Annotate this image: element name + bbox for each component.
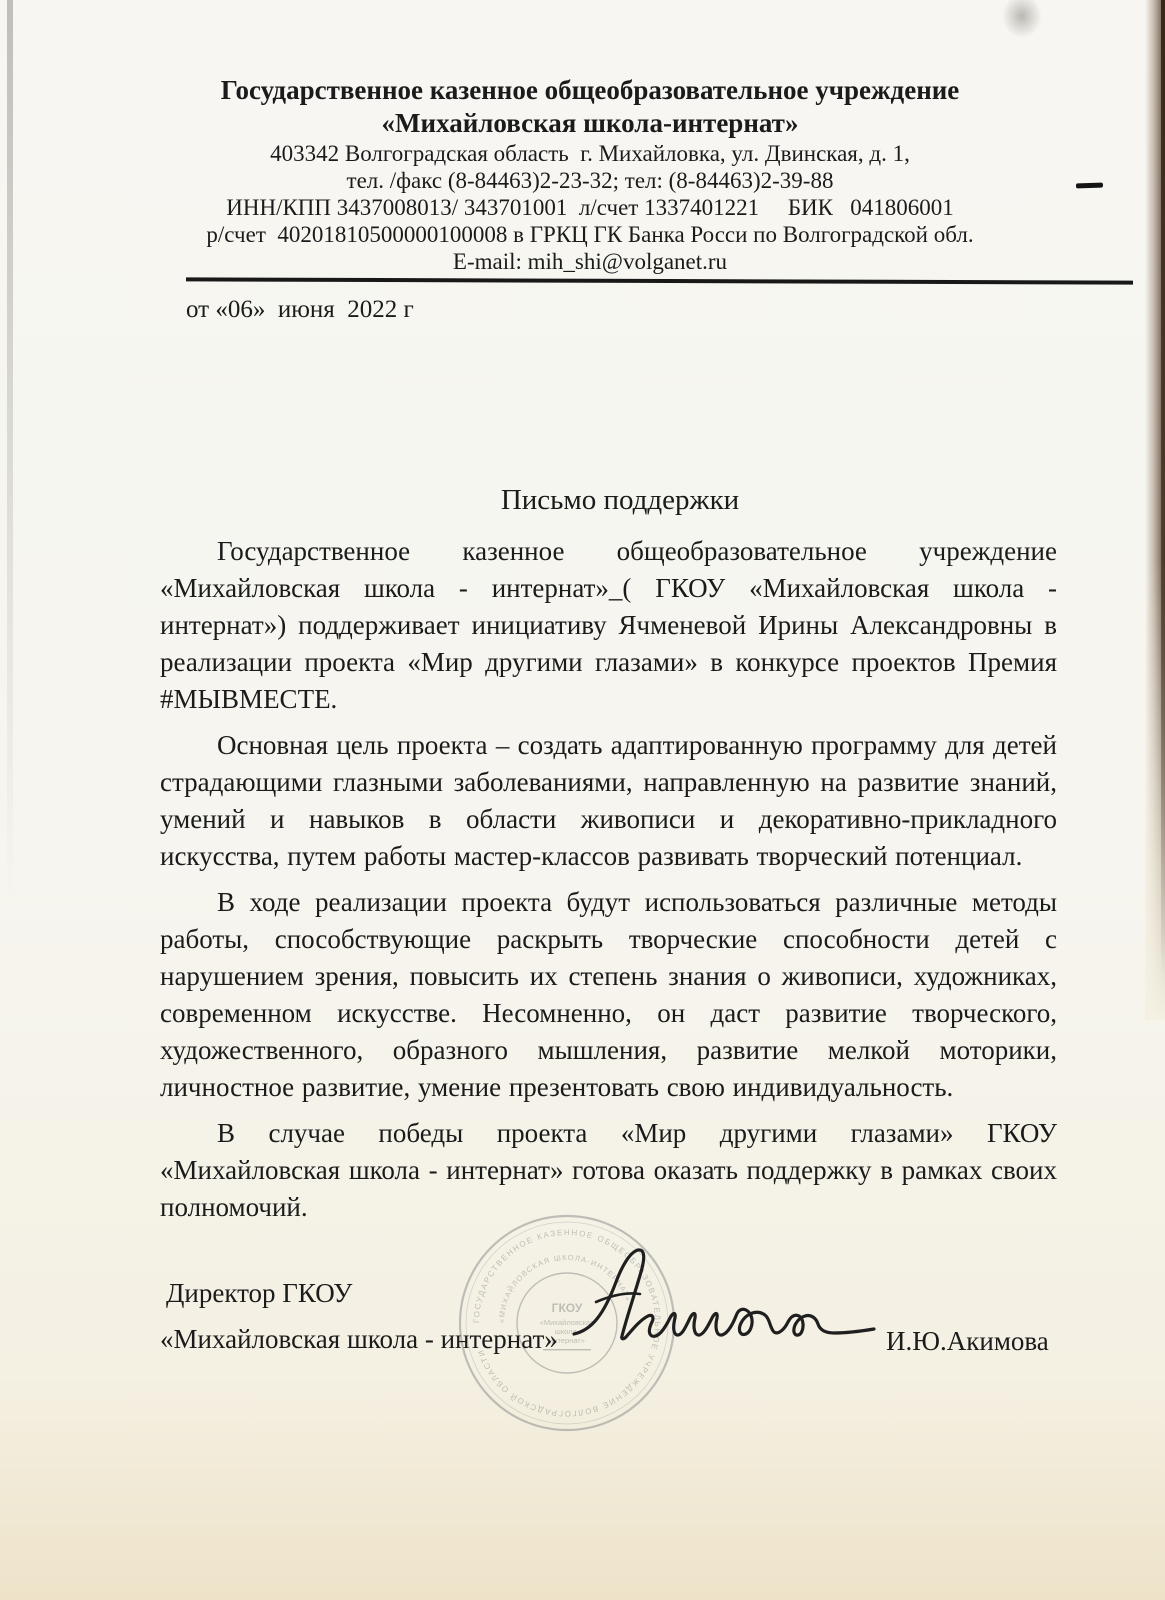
signer-position-line2: «Михайловская школа - интернат» — [160, 1324, 558, 1355]
org-name-line2: «Михайловская школа-интернат» — [70, 107, 1110, 140]
paragraph-2: Основная цель проекта – создать адаптиро… — [160, 727, 1057, 875]
text-line: В случае победы проекта «Мир другими гла… — [160, 1115, 1057, 1152]
text-line: Основная цель проекта – создать адаптиро… — [160, 727, 1057, 764]
scan-edge-right-line — [1161, 0, 1165, 980]
text-line: #МЫВМЕСТЕ. — [160, 681, 1057, 718]
org-account: р/счет 40201810500000100008 в ГРКЦ ГК Ба… — [70, 221, 1110, 248]
paragraph-3: В ходе реализации проекта будут использо… — [160, 884, 1057, 1106]
text-line: В ходе реализации проекта будут использо… — [160, 884, 1057, 921]
paragraph-1: Государственное казенное общеобразовател… — [160, 533, 1057, 718]
org-email: E-mail: mih_shi@volganet.ru — [70, 248, 1110, 275]
letter-title: Письмо поддержки — [160, 484, 1080, 517]
text-line: страдающими глазными заболеваниями, напр… — [160, 764, 1057, 801]
scanned-letter-page: Государственное казенное общеобразовател… — [0, 0, 1165, 1600]
text-line: современном искусстве. Несомненно, он да… — [160, 995, 1057, 1032]
org-address: 403342 Волгоградская область г. Михайлов… — [70, 140, 1110, 167]
org-inn-bik: ИНН/КПП 3437008013/ 343701001 л/счет 133… — [70, 194, 1110, 221]
letter-date: от «06» июня 2022 г — [186, 296, 414, 324]
letterhead-divider — [186, 277, 1133, 284]
text-line: «Михайловская школа - интернат» готова о… — [160, 1152, 1057, 1189]
text-line: реализации проекта «Мир другими глазами»… — [160, 644, 1057, 681]
letterhead: Государственное казенное общеобразовател… — [70, 74, 1110, 275]
text-line: Государственное казенное общеобразовател… — [160, 533, 1057, 570]
text-line: умений и навыков в области живописи и де… — [160, 801, 1057, 838]
text-line: работы, способствующие раскрыть творческ… — [160, 921, 1057, 958]
text-line: искусства, путем работы мастер-классов р… — [160, 838, 1057, 875]
signer-position-line1: Директор ГКОУ — [166, 1278, 352, 1309]
text-line: личностное развитие, умение презентовать… — [160, 1069, 1057, 1106]
text-line: «Михайловская школа - интернат»_( ГКОУ «… — [160, 570, 1057, 607]
text-line: интернат») поддерживает инициативу Ячмен… — [160, 607, 1057, 644]
letter-body: Государственное казенное общеобразовател… — [160, 533, 1057, 1235]
signer-name: И.Ю.Акимова — [886, 1326, 1049, 1357]
org-phones: тел. /факс (8-84463)2-23-32; тел: (8-844… — [70, 167, 1110, 194]
org-name-line1: Государственное казенное общеобразовател… — [70, 74, 1110, 107]
text-line: художественного, образного мышления, раз… — [160, 1032, 1057, 1069]
scan-smudge — [1002, 0, 1042, 38]
scan-edge-left — [7, 0, 13, 900]
text-line: нарушением зрения, повысить их степень з… — [160, 958, 1057, 995]
handwritten-signature — [552, 1242, 882, 1357]
